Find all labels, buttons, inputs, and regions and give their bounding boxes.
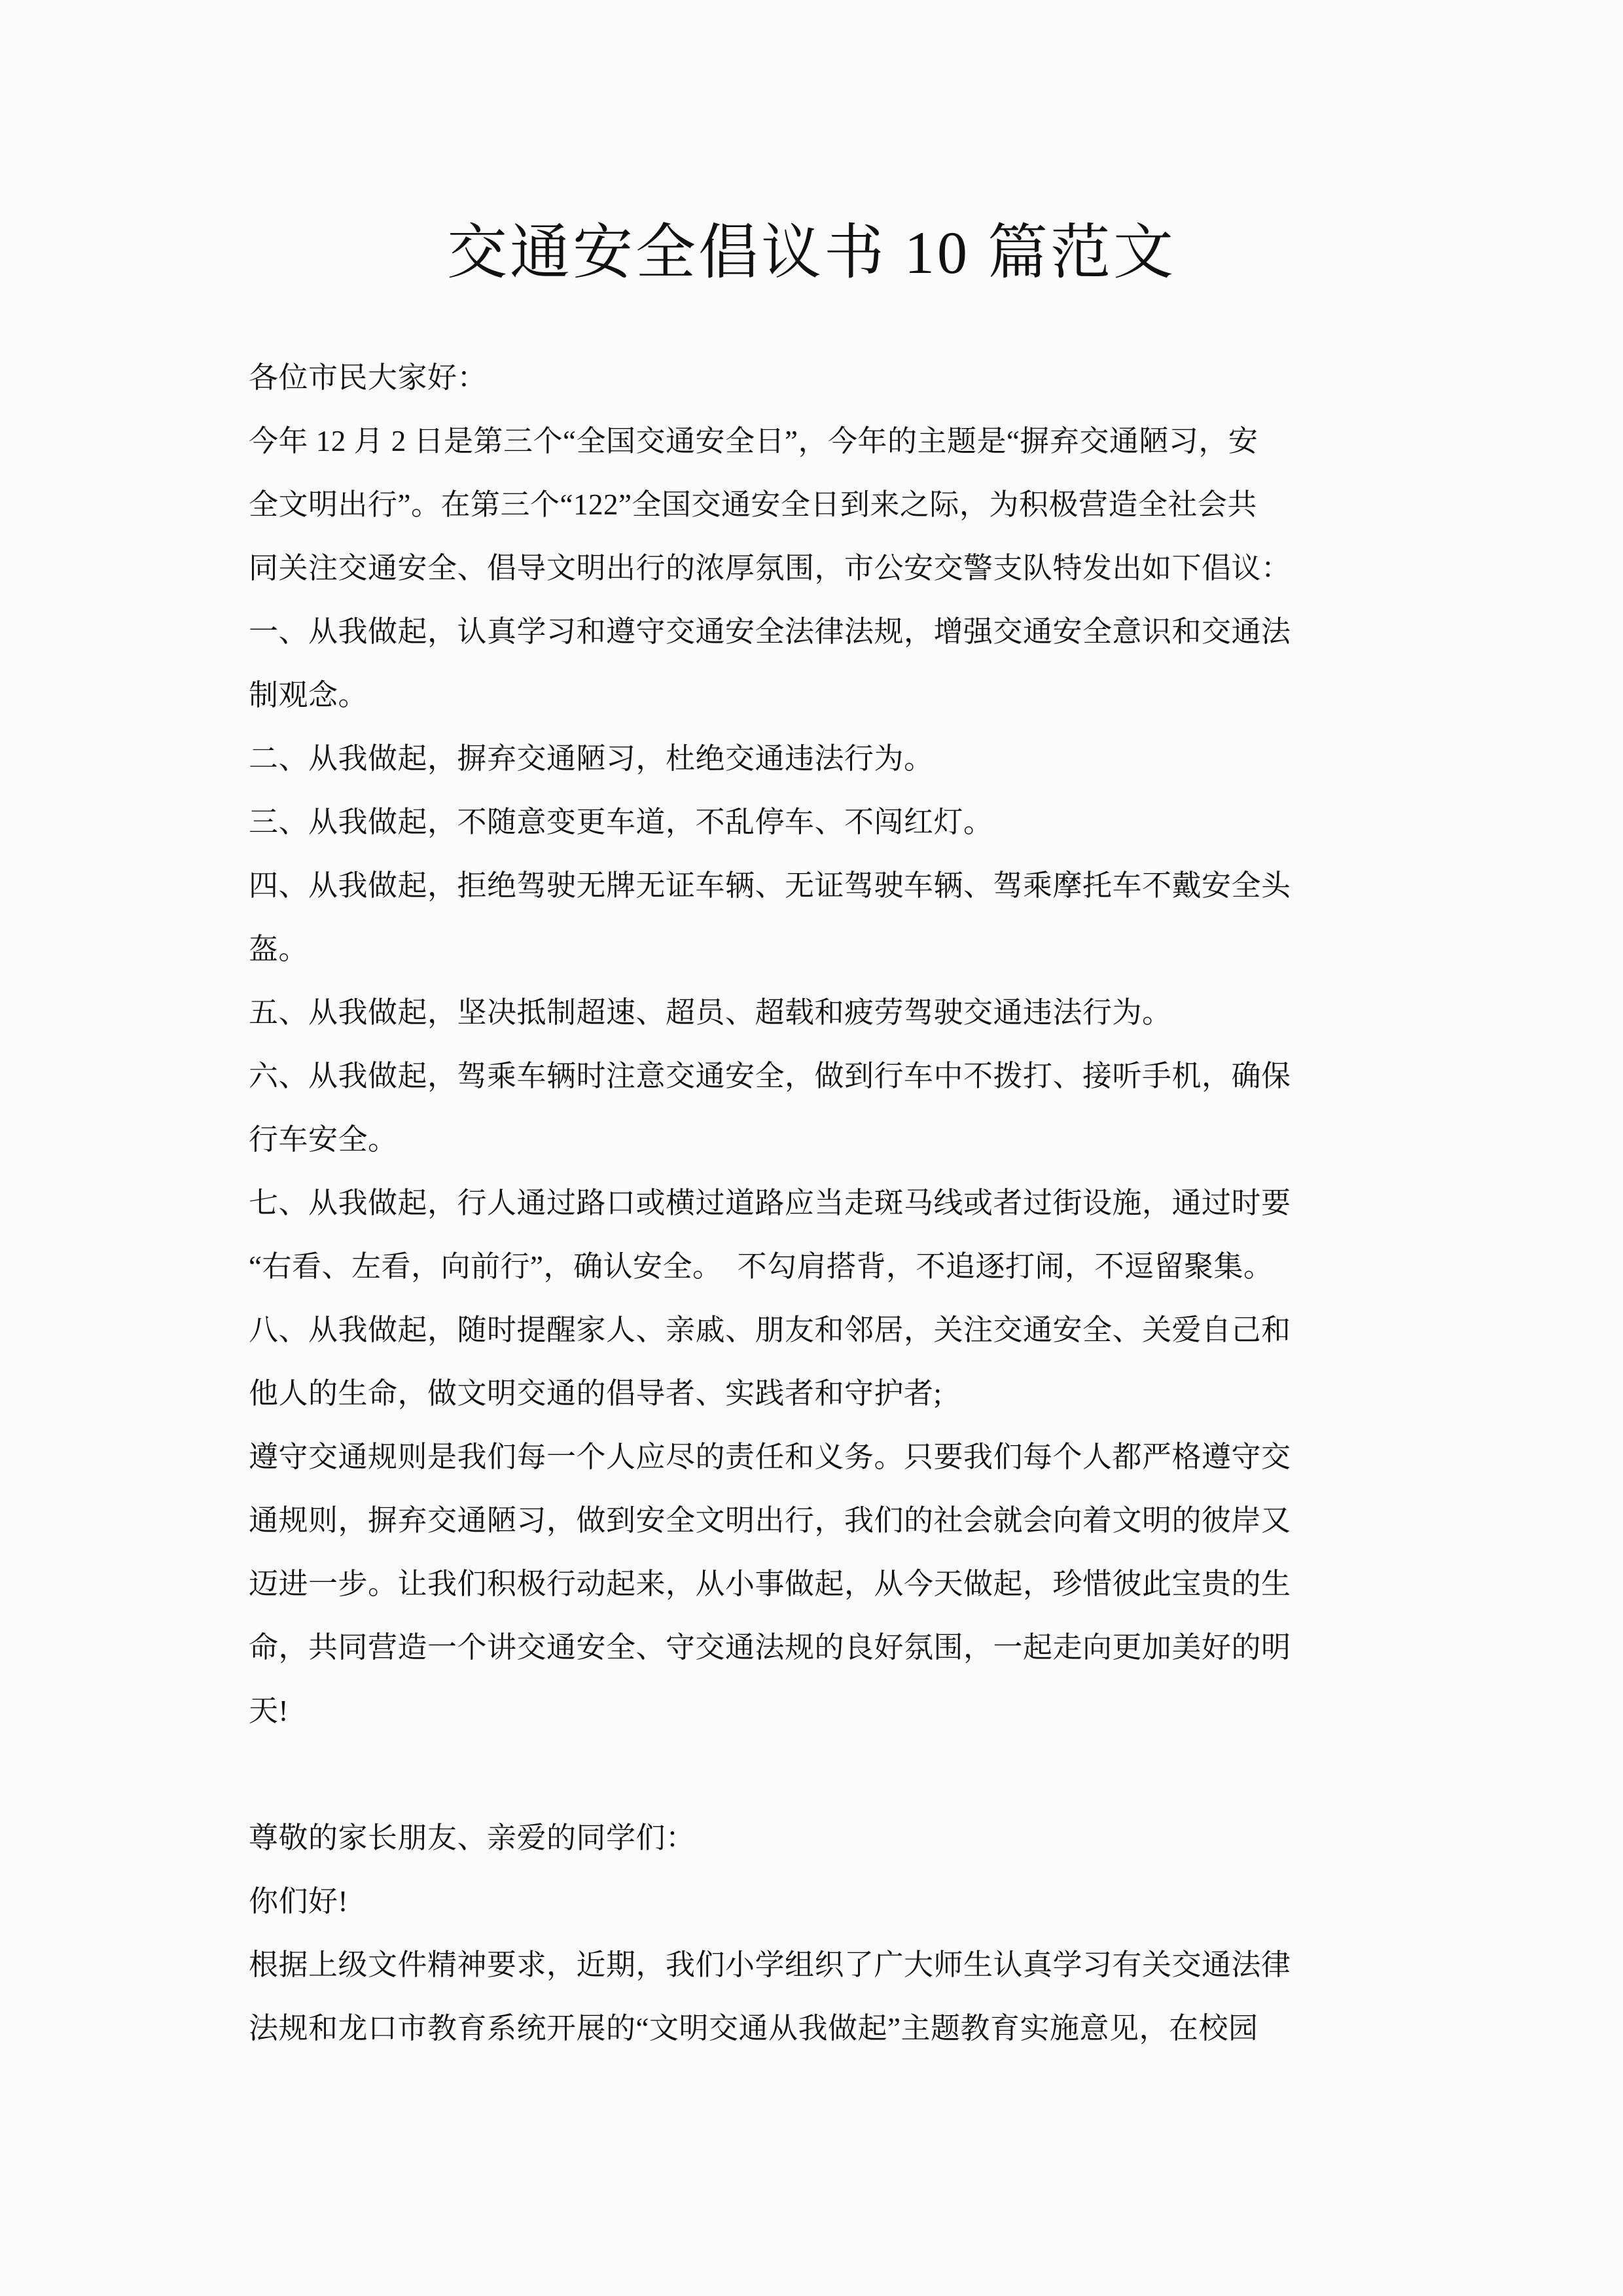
text-line: 根据上级文件精神要求，近期，我们小学组织了广大师生认真学习有关交通法律 <box>249 1948 1387 2012</box>
document-page: 交通安全倡议书 10 篇范文 各位市民大家好： 今年 12 月 2 日是第三个“… <box>0 0 1623 2296</box>
text-line: 三、从我做起，不随意变更车道，不乱停车、不闯红灯。 <box>249 806 1387 869</box>
text-line: 尊敬的家长朋友、亲爱的同学们： <box>249 1821 1387 1885</box>
text-line: 七、从我做起，行人通过路口或横过道路应当走斑马线或者过街设施，通过时要 <box>249 1187 1387 1250</box>
text-line: 八、从我做起，随时提醒家人、亲戚、朋友和邻居，关注交通安全、关爱自己和 <box>249 1314 1387 1377</box>
text-line: 盔。 <box>249 933 1387 996</box>
document-body: 各位市民大家好： 今年 12 月 2 日是第三个“全国交通安全日”，今年的主题是… <box>249 361 1387 2075</box>
text-line: 各位市民大家好： <box>249 361 1387 425</box>
document-title: 交通安全倡议书 10 篇范文 <box>0 204 1623 291</box>
text-line: 天! <box>249 1695 1387 1758</box>
text-line: 六、从我做起，驾乘车辆时注意交通安全，做到行车中不拨打、接听手机，确保 <box>249 1060 1387 1123</box>
text-line: 迈进一步。让我们积极行动起来，从小事做起，从今天做起，珍惜彼此宝贵的生 <box>249 1568 1387 1631</box>
text-line: 二、从我做起，摒弃交通陋习，杜绝交通违法行为。 <box>249 742 1387 806</box>
text-line: 一、从我做起，认真学习和遵守交通安全法律法规，增强交通安全意识和交通法 <box>249 615 1387 679</box>
text-line: 通规则，摒弃交通陋习，做到安全文明出行，我们的社会就会向着文明的彼岸又 <box>249 1504 1387 1568</box>
text-line: 行车安全。 <box>249 1123 1387 1187</box>
text-line: 五、从我做起，坚决抵制超速、超员、超载和疲劳驾驶交通违法行为。 <box>249 996 1387 1060</box>
text-line-blank <box>249 1758 1387 1821</box>
text-line: 法规和龙口市教育系统开展的“文明交通从我做起”主题教育实施意见，在校园 <box>249 2012 1387 2075</box>
text-line: 全文明出行”。在第三个“122”全国交通安全日到来之际，为积极营造全社会共 <box>249 488 1387 552</box>
text-line: “右看、左看，向前行”，确认安全。 不勾肩搭背，不追逐打闹，不逗留聚集。 <box>249 1250 1387 1314</box>
text-line: 遵守交通规则是我们每一个人应尽的责任和义务。只要我们每个人都严格遵守交 <box>249 1441 1387 1504</box>
text-line: 他人的生命，做文明交通的倡导者、实践者和守护者; <box>249 1377 1387 1441</box>
text-line: 同关注交通安全、倡导文明出行的浓厚氛围，市公安交警支队特发出如下倡议： <box>249 552 1387 615</box>
text-line: 制观念。 <box>249 679 1387 742</box>
text-line: 命，共同营造一个讲交通安全、守交通法规的良好氛围，一起走向更加美好的明 <box>249 1631 1387 1695</box>
text-line: 四、从我做起，拒绝驾驶无牌无证车辆、无证驾驶车辆、驾乘摩托车不戴安全头 <box>249 869 1387 933</box>
text-line: 你们好! <box>249 1885 1387 1948</box>
text-line: 今年 12 月 2 日是第三个“全国交通安全日”，今年的主题是“摒弃交通陋习，安 <box>249 425 1387 488</box>
